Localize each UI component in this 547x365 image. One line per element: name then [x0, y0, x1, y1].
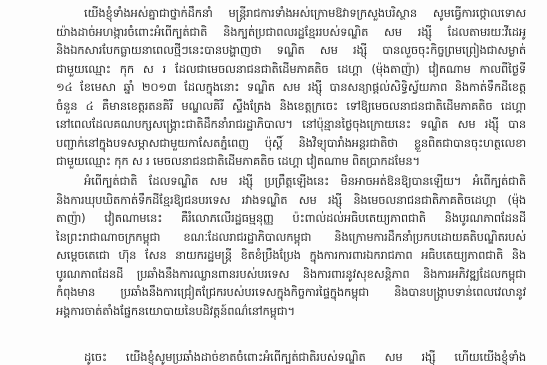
- paragraph-line: នៅពេលដែលគណបក្សសង្គ្រោះជាតិដឹកនាំរាជរដ្ឋា…: [56, 115, 526, 134]
- paragraph-line: នៃព្រះរាជាណាចក្រកម្ពុជា ខណៈដែលរាជរដ្ឋាភិ…: [56, 228, 526, 247]
- paragraph-line: និងឯកសារបែកធ្លាយនាពេលថ្មីៗនេះបានបង្ហាញថា…: [56, 41, 526, 60]
- paragraph-line: អង្គការចាត់តាំងផ្នែកនយោបាយនៃបដិវត្តន៍ពណ៌…: [56, 302, 526, 321]
- paragraph-line: បញ្ជាក់នៅក្នុងបទសម្ភាសជាមួយកាសែតភ្នំពេញ …: [56, 134, 526, 153]
- paragraph-line: ជាមួយឈ្មោះ កុក ស រ មេចលនាជនជាតិដើមភាគតិច…: [56, 152, 526, 171]
- paragraph-line: យើងខ្ញុំទាំងអស់គ្នាជាថ្នាក់ដឹកនាំ មន្ត្រ…: [56, 4, 526, 23]
- paragraph-conclusion: ដូចេះ យើងខ្ញុំសូមប្រឆាំងដាច់ខាតចំពោះអំពើ…: [56, 348, 526, 365]
- paragraph-line: យ៉ាងដាច់អហង្ការចំពោះអំពើក្បត់ជាតិ និងក្ប…: [56, 23, 526, 42]
- paragraph-line: និងការឃុបឃិតកាត់ទឹកដីខ្មែរឱ្យជនបរទេស រវា…: [56, 191, 526, 210]
- paragraph-line: សម្តេចតេជោ ហ៊ុន សែន នាយករដ្ឋមន្ត្រី ខិតខ…: [56, 246, 526, 265]
- document-page: យើងខ្ញុំទាំងអស់គ្នាជាថ្នាក់ដឹកនាំ មន្ត្រ…: [0, 0, 547, 365]
- paragraph-line: ជាមួយឈ្មោះ កុក ស រ ដែលជាមេចលនាជនជាតិដើមភ…: [56, 60, 526, 79]
- paragraph-treason-description: អំពើក្បត់ជាតិ ដែលទណ្ឌិត សម រង្ស៊ី ប្រព្រ…: [56, 172, 526, 320]
- paragraph-line: កំពុងមាន ប្រឆាំងនឹងការជ្រៀតជ្រែករបស់បរទេ…: [56, 283, 526, 302]
- paragraph-line: តាញ៉ា) វៀតណាមនេះ គឺរំលោភលើរដ្ឋធម្មនុញ្ញ …: [56, 209, 526, 228]
- paragraph-line: អំពើក្បត់ជាតិ ដែលទណ្ឌិត សម រង្ស៊ី ប្រព្រ…: [56, 172, 526, 191]
- paragraph-condemnation-statement: យើងខ្ញុំទាំងអស់គ្នាជាថ្នាក់ដឹកនាំ មន្ត្រ…: [56, 4, 526, 171]
- paragraph-line: ដូចេះ យើងខ្ញុំសូមប្រឆាំងដាច់ខាតចំពោះអំពើ…: [56, 348, 526, 365]
- paragraph-line: ចំនួន ៤ គឺមានខេត្តរតនគិរី មណ្ឌលគិរី ស្ទឹ…: [56, 97, 526, 116]
- paragraph-line: បូរណភាពដែនដី ប្រឆាំងនឹងការឈ្លានពានរបស់បរ…: [56, 265, 526, 284]
- paragraph-line: ១៤ ខែមេសា ឆ្នាំ ២០១៣ ដែលក្នុងនោះ ទណ្ឌិត …: [56, 78, 526, 97]
